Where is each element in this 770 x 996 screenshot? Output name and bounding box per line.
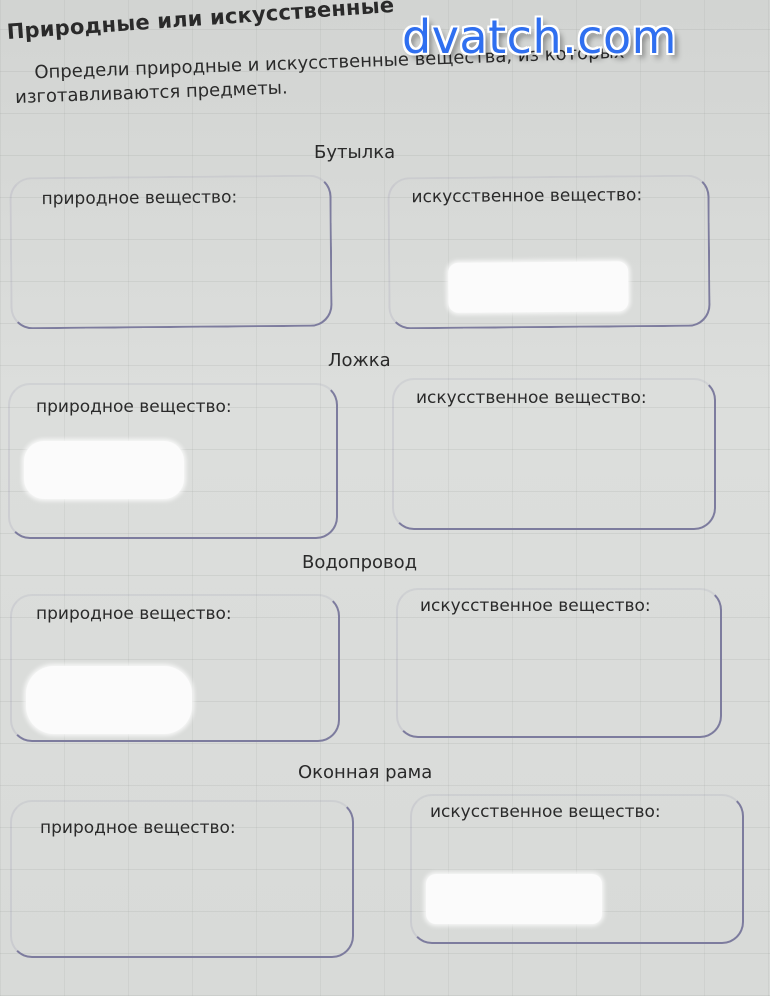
water-pipe-artificial-box[interactable]: искусственное вещество: xyxy=(396,588,722,738)
section-title: Природные или искусственные xyxy=(6,0,395,44)
water-pipe-natural-box[interactable]: природное вещество: xyxy=(10,594,340,742)
item-title-spoon: Ложка xyxy=(328,350,391,371)
spoon-artificial-box[interactable]: искусственное вещество: xyxy=(392,378,716,530)
natural-label: природное вещество: xyxy=(36,604,232,624)
item-title-water-pipe: Водопровод xyxy=(302,552,417,573)
redacted-answer xyxy=(448,261,628,313)
redacted-answer xyxy=(426,874,602,924)
artificial-label: искусственное вещество: xyxy=(430,802,661,822)
item-title-bottle: Бутылка xyxy=(314,142,395,163)
spoon-natural-box[interactable]: природное вещество: xyxy=(8,383,338,539)
bottle-artificial-box[interactable]: искусственное вещество: xyxy=(387,175,710,330)
item-title-window-frame: Оконная рама xyxy=(298,762,432,783)
natural-label: природное вещество: xyxy=(40,818,236,838)
artificial-label: искусственное вещество: xyxy=(416,388,647,408)
natural-label: природное вещество: xyxy=(41,187,237,209)
window-frame-artificial-box[interactable]: искусственное вещество: xyxy=(410,794,744,944)
redacted-answer xyxy=(26,666,192,734)
window-frame-natural-box[interactable]: природное вещество: xyxy=(10,800,354,958)
artificial-label: искусственное вещество: xyxy=(420,596,651,616)
watermark-logo: dvatch.com xyxy=(402,10,677,64)
workbook-page: Природные или искусственные Определи при… xyxy=(0,0,770,996)
bottle-natural-box[interactable]: природное вещество: xyxy=(9,175,332,330)
natural-label: природное вещество: xyxy=(36,397,232,417)
redacted-answer xyxy=(24,441,184,499)
artificial-label: искусственное вещество: xyxy=(411,185,642,207)
